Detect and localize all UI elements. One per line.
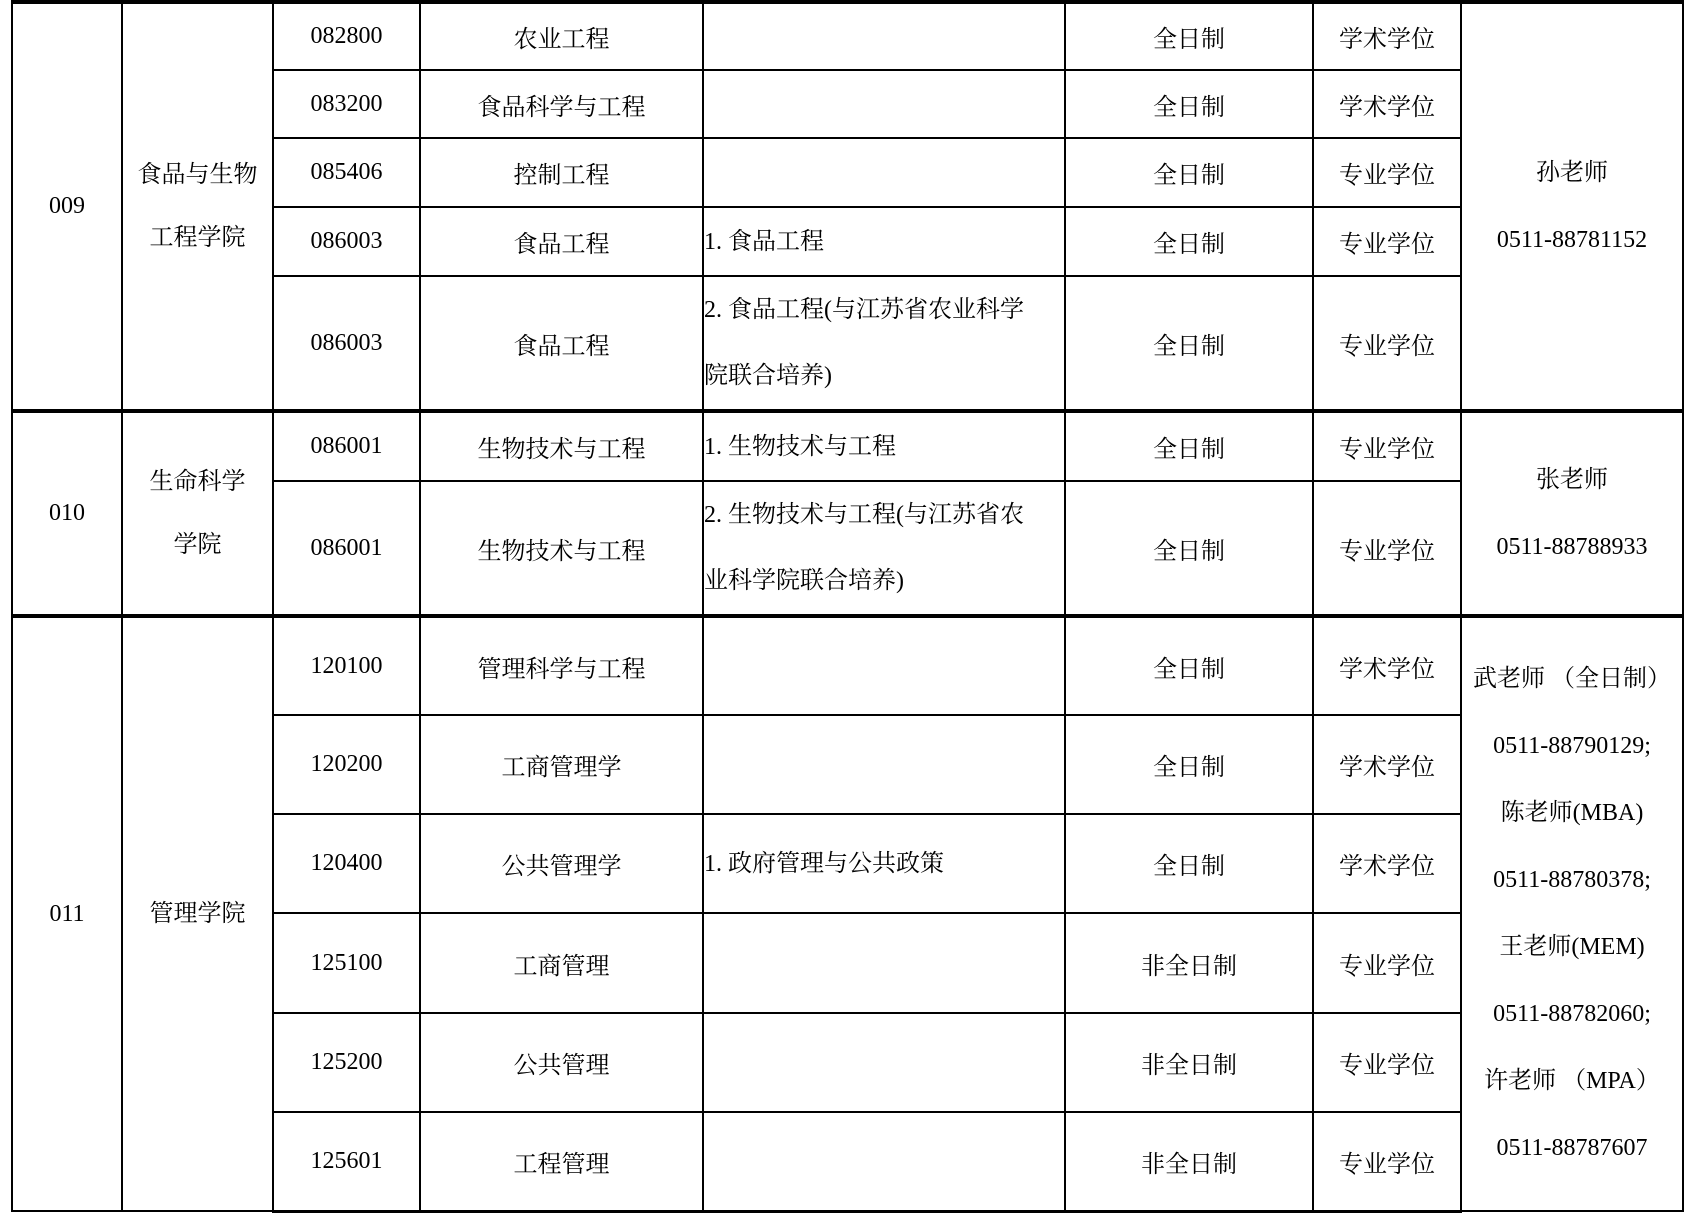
cell-program-name: 工商管理 — [420, 913, 703, 1013]
cell-program-name: 公共管理学 — [420, 814, 703, 913]
table-row: 011 管理学院 120100 管理科学与工程 全日制 学术学位 武老师 （全日… — [12, 616, 1683, 715]
cell-degree-type: 专业学位 — [1313, 1013, 1461, 1112]
cell-direction — [703, 138, 1065, 207]
cell-contact: 张老师 0511-88788933 — [1461, 411, 1683, 616]
direction-line: 2. 食品工程(与江苏省农业科学 — [704, 277, 1064, 343]
college-line: 食品与生物 — [123, 144, 272, 207]
cell-direction: 2. 食品工程(与江苏省农业科学 院联合培养) — [703, 276, 1065, 411]
cell-program-name: 控制工程 — [420, 138, 703, 207]
cell-college: 管理学院 — [122, 616, 273, 1211]
cell-study-mode: 非全日制 — [1065, 913, 1313, 1013]
college-line: 管理学院 — [123, 883, 272, 946]
cell-program-code: 086003 — [273, 207, 420, 276]
cell-study-mode: 非全日制 — [1065, 1013, 1313, 1112]
contact-line: 0511-88781152 — [1462, 207, 1682, 274]
cell-program-code: 086001 — [273, 411, 420, 481]
cell-program-code: 120200 — [273, 715, 420, 814]
cell-degree-type: 专业学位 — [1313, 913, 1461, 1013]
cell-study-mode: 全日制 — [1065, 70, 1313, 138]
cell-program-name: 工程管理 — [420, 1112, 703, 1211]
cell-degree-type: 专业学位 — [1313, 138, 1461, 207]
cell-degree-type: 学术学位 — [1313, 616, 1461, 715]
contact-line: 0511-88787607 — [1462, 1115, 1682, 1182]
cell-direction: 1. 生物技术与工程 — [703, 411, 1065, 481]
cell-study-mode: 全日制 — [1065, 207, 1313, 276]
cell-program-name: 生物技术与工程 — [420, 481, 703, 616]
cell-program-name: 食品工程 — [420, 276, 703, 411]
cell-section-code: 010 — [12, 411, 122, 616]
contact-line: 0511-88790129; — [1462, 713, 1682, 780]
cell-study-mode: 全日制 — [1065, 2, 1313, 70]
cell-direction — [703, 616, 1065, 715]
admissions-table: 009 食品与生物 工程学院 082800 农业工程 全日制 学术学位 孙老师 … — [11, 0, 1684, 1213]
cell-degree-type: 专业学位 — [1313, 276, 1461, 411]
contact-line: 武老师 （全日制） — [1462, 646, 1682, 713]
contact-line: 张老师 — [1462, 447, 1682, 514]
cell-program-name: 食品科学与工程 — [420, 70, 703, 138]
direction-line: 1. 食品工程 — [704, 209, 1064, 275]
contact-line: 陈老师(MBA) — [1462, 780, 1682, 847]
cell-direction — [703, 70, 1065, 138]
cell-study-mode: 全日制 — [1065, 616, 1313, 715]
cell-direction — [703, 1112, 1065, 1211]
college-line: 生命科学 — [123, 451, 272, 514]
cell-study-mode: 全日制 — [1065, 481, 1313, 616]
contact-line: 孙老师 — [1462, 140, 1682, 207]
direction-line: 1. 生物技术与工程 — [704, 414, 1064, 480]
direction-line: 院联合培养) — [704, 343, 1064, 409]
contact-line: 0511-88788933 — [1462, 514, 1682, 581]
college-line: 工程学院 — [123, 207, 272, 270]
contact-line: 0511-88780378; — [1462, 847, 1682, 914]
cell-section-code: 009 — [12, 2, 122, 411]
cell-program-code: 086003 — [273, 276, 420, 411]
cell-contact: 武老师 （全日制） 0511-88790129; 陈老师(MBA) 0511-8… — [1461, 616, 1683, 1211]
table-row: 010 生命科学 学院 086001 生物技术与工程 1. 生物技术与工程 全日… — [12, 411, 1683, 481]
cell-program-name: 公共管理 — [420, 1013, 703, 1112]
cell-study-mode: 全日制 — [1065, 138, 1313, 207]
cell-direction — [703, 1013, 1065, 1112]
college-line: 学院 — [123, 514, 272, 577]
cell-direction: 1. 政府管理与公共政策 — [703, 814, 1065, 913]
cell-degree-type: 专业学位 — [1313, 481, 1461, 616]
cell-degree-type: 专业学位 — [1313, 207, 1461, 276]
cell-direction — [703, 913, 1065, 1013]
cell-study-mode: 全日制 — [1065, 276, 1313, 411]
cell-program-name: 生物技术与工程 — [420, 411, 703, 481]
cell-college: 生命科学 学院 — [122, 411, 273, 616]
cell-college: 食品与生物 工程学院 — [122, 2, 273, 411]
contact-line: 王老师(MEM) — [1462, 914, 1682, 981]
cell-degree-type: 学术学位 — [1313, 70, 1461, 138]
cell-program-name: 管理科学与工程 — [420, 616, 703, 715]
cell-program-code: 085406 — [273, 138, 420, 207]
cell-program-name: 食品工程 — [420, 207, 703, 276]
cell-study-mode: 全日制 — [1065, 411, 1313, 481]
cell-program-code: 125100 — [273, 913, 420, 1013]
cell-program-code: 083200 — [273, 70, 420, 138]
cell-section-code: 011 — [12, 616, 122, 1211]
direction-line: 业科学院联合培养) — [704, 548, 1064, 614]
cell-program-name: 工商管理学 — [420, 715, 703, 814]
cell-degree-type: 学术学位 — [1313, 715, 1461, 814]
cell-direction: 2. 生物技术与工程(与江苏省农 业科学院联合培养) — [703, 481, 1065, 616]
contact-line: 许老师 （MPA） — [1462, 1048, 1682, 1115]
cell-program-code: 125601 — [273, 1112, 420, 1211]
cell-direction — [703, 715, 1065, 814]
cell-degree-type: 专业学位 — [1313, 411, 1461, 481]
cell-program-code: 120400 — [273, 814, 420, 913]
direction-line: 2. 生物技术与工程(与江苏省农 — [704, 482, 1064, 548]
cell-program-code: 086001 — [273, 481, 420, 616]
contact-line: 0511-88782060; — [1462, 981, 1682, 1048]
cell-program-code: 120100 — [273, 616, 420, 715]
direction-line: 1. 政府管理与公共政策 — [704, 831, 1064, 897]
cell-degree-type: 专业学位 — [1313, 1112, 1461, 1211]
cell-study-mode: 全日制 — [1065, 814, 1313, 913]
cell-direction — [703, 2, 1065, 70]
cell-program-code: 125200 — [273, 1013, 420, 1112]
cell-study-mode: 非全日制 — [1065, 1112, 1313, 1211]
cell-program-code: 082800 — [273, 2, 420, 70]
table-row: 009 食品与生物 工程学院 082800 农业工程 全日制 学术学位 孙老师 … — [12, 2, 1683, 70]
cell-contact: 孙老师 0511-88781152 — [1461, 2, 1683, 411]
cell-direction: 1. 食品工程 — [703, 207, 1065, 276]
cell-degree-type: 学术学位 — [1313, 2, 1461, 70]
cell-program-name: 农业工程 — [420, 2, 703, 70]
cell-study-mode: 全日制 — [1065, 715, 1313, 814]
cell-degree-type: 学术学位 — [1313, 814, 1461, 913]
